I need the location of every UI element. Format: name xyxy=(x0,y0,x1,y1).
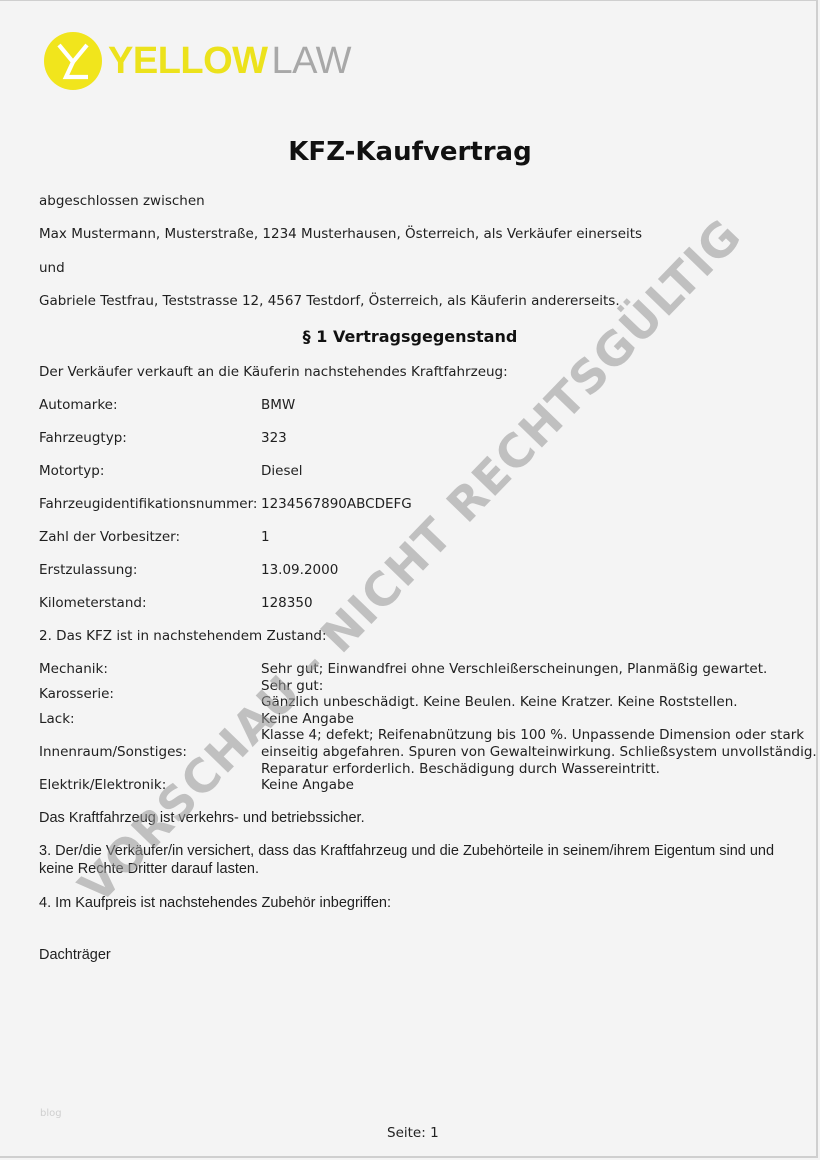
condition-intro: 2. Das KFZ ist in nachstehendem Zustand: xyxy=(39,628,327,644)
brand-name-primary: YELLOW xyxy=(108,40,268,82)
vehicle-field-value: 1234567890ABCDEFG xyxy=(261,496,412,512)
vehicle-field-label: Kilometerstand: xyxy=(39,595,147,611)
condition-value-line: Keine Angabe xyxy=(261,777,817,794)
vehicle-field-label: Erstzulassung: xyxy=(39,562,137,578)
vehicle-field-label: Fahrzeugidentifikationsnummer: xyxy=(39,496,257,512)
vehicle-field-label: Zahl der Vorbesitzer: xyxy=(39,529,180,545)
condition-label-mechanik: Mechanik: xyxy=(39,661,108,677)
intro-text: abgeschlossen zwischen xyxy=(39,193,205,209)
condition-values: Sehr gut; Einwandfrei ohne Verschleißers… xyxy=(261,661,817,794)
clause-3-line-1: 3. Der/die Verkäufer/in versichert, dass… xyxy=(39,843,774,859)
condition-value-line: Keine Angabe xyxy=(261,711,817,728)
condition-label-elektrik: Elektrik/Elektronik: xyxy=(39,777,166,793)
condition-value-line: Gänzlich unbeschädigt. Keine Beulen. Kei… xyxy=(261,694,817,711)
vehicle-field-value: BMW xyxy=(261,397,295,413)
and-text: und xyxy=(39,260,65,276)
buyer-party: Gabriele Testfrau, Teststrasse 12, 4567 … xyxy=(39,293,620,309)
vehicle-field-value: 13.09.2000 xyxy=(261,562,338,578)
safety-statement: Das Kraftfahrzeug ist verkehrs- und betr… xyxy=(39,810,365,826)
condition-label-karosserie: Karosserie: xyxy=(39,686,114,702)
vehicle-field-label: Fahrzeugtyp: xyxy=(39,430,127,446)
brand-wordmark: YELLOWLAW xyxy=(108,42,351,80)
condition-value-line: einseitig abgefahren. Spuren von Gewalte… xyxy=(261,744,817,761)
condition-value-line: Sehr gut; Einwandfrei ohne Verschleißers… xyxy=(261,661,817,678)
section-1-intro: Der Verkäufer verkauft an die Käuferin n… xyxy=(39,364,508,380)
seller-party: Max Mustermann, Musterstraße, 1234 Muste… xyxy=(39,226,642,242)
footer-blog-text: blog xyxy=(40,1108,62,1119)
vehicle-field-value: 128350 xyxy=(261,595,313,611)
document-page: YELLOWLAW KFZ-Kaufvertrag abgeschlossen … xyxy=(0,0,818,1158)
condition-label-innenraum: Innenraum/Sonstiges: xyxy=(39,744,187,760)
preview-watermark: VORSCHAU - NICHT RECHTSGÜLTIG xyxy=(68,208,752,913)
vehicle-field-label: Automarke: xyxy=(39,397,118,413)
vehicle-field-value: 323 xyxy=(261,430,287,446)
condition-value-line: Sehr gut: xyxy=(261,678,817,695)
accessory-item: Dachträger xyxy=(39,947,111,963)
condition-label-lack: Lack: xyxy=(39,711,75,727)
yl-monogram-icon xyxy=(44,32,102,90)
vehicle-field-value: 1 xyxy=(261,529,270,545)
condition-value-line: Klasse 4; defekt; Reifenabnützung bis 10… xyxy=(261,727,817,744)
clause-3-line-2: keine Rechte Dritter darauf lasten. xyxy=(39,861,259,877)
condition-value-line: Reparatur erforderlich. Beschädigung dur… xyxy=(261,761,817,778)
vehicle-field-label: Motortyp: xyxy=(39,463,104,479)
brand-logo: YELLOWLAW xyxy=(44,31,351,91)
section-1-heading: § 1 Vertragsgegenstand xyxy=(0,327,820,346)
document-title: KFZ-Kaufvertrag xyxy=(0,137,820,167)
clause-4: 4. Im Kaufpreis ist nachstehendes Zubehö… xyxy=(39,895,391,911)
vehicle-field-value: Diesel xyxy=(261,463,303,479)
brand-name-secondary: LAW xyxy=(272,40,351,82)
page-number: Seite: 1 xyxy=(387,1125,439,1141)
